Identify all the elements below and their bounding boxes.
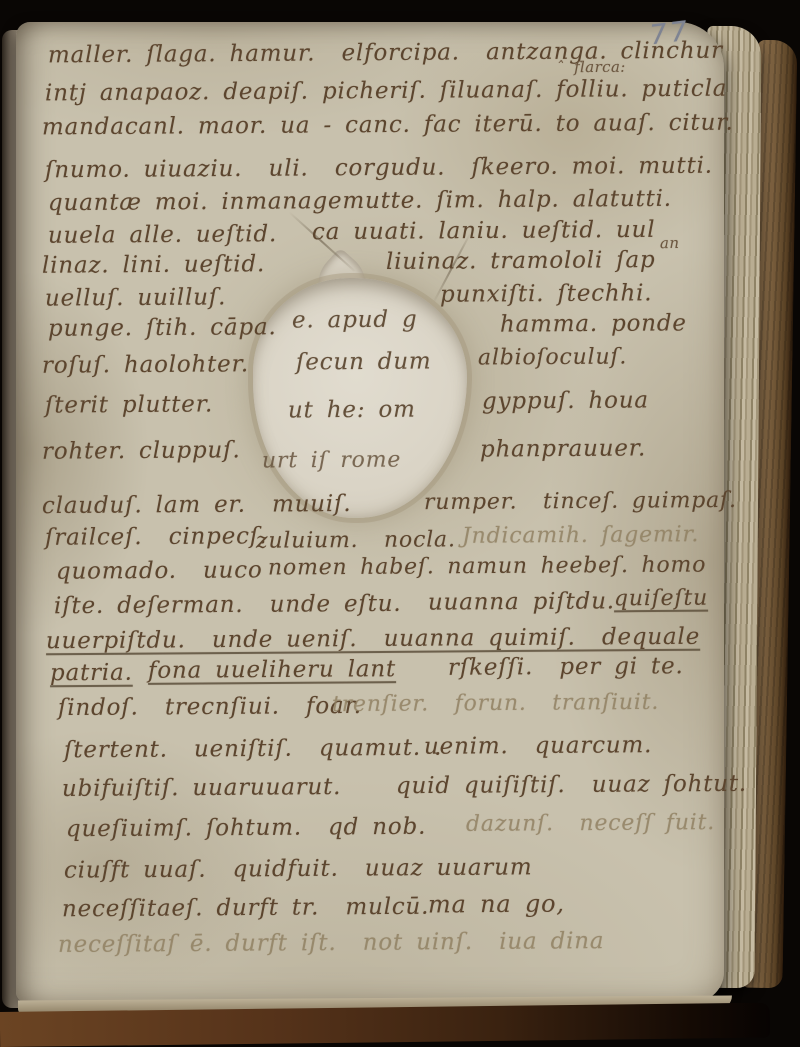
manuscript-text-line: gyppuſ. houa (482, 387, 649, 414)
manuscript-text-line: liuinaz. tramololi ſap (386, 247, 656, 275)
manuscript-text-line: rohter. cluppuſ. (42, 437, 241, 464)
manuscript-text-line: hamma. ponde (500, 310, 687, 337)
manuscript-text-line: uenim. quarcum. (424, 732, 652, 760)
manuscript-text-line: punge. ſtih. cāpa. (48, 314, 277, 342)
manuscript-text-line: phanprauuer. (480, 435, 646, 462)
manuscript-text-line: quantæ moi. inmanagemutte. ſim. halp. al… (48, 186, 672, 216)
manuscript-text-line: uelluſ. uuilluſ. (45, 284, 226, 311)
manuscript-text-line: ſterit plutter. (45, 391, 213, 418)
manuscript-text-line: fona uueliheru lant (148, 656, 396, 684)
manuscript-text-line: roſuſ. haolohter. (42, 351, 249, 378)
hole-showthrough-text-line: ſecun dum (296, 349, 432, 376)
manuscript-text-line: punxiſti. ſtechhi. (440, 280, 653, 307)
manuscript-text-line: neceſſitaſ ē. durft iſt. not uinſ. iua d… (58, 928, 605, 958)
manuscript-text-line: rſkeſſi. per gi te. (448, 653, 684, 681)
manuscript-text-line: uuanna piſtdu. (428, 588, 615, 615)
manuscript-text-line: mandacanl. maor. ua - canc. fac iterū. t… (42, 110, 734, 141)
manuscript-text-line: quomado. uuco (56, 557, 263, 584)
manuscript-text-line: iſte. deſerman. unde eſtu. (54, 591, 402, 619)
manuscript-text-line: quid quiſiſtiſ. uuaz ſohtut. (396, 771, 747, 799)
manuscript-text-line: intj anapaoz. deapiſ. picheriſ. ſiluanaſ… (45, 76, 727, 107)
manuscript-text-line: ſindoſ. trecnſiui. foar. (58, 693, 362, 721)
manuscript-text-line: ciuſft uuaſ. quidfuit. uuaz uuarum (64, 854, 533, 883)
manuscript-text-line: uuerpiſtdu. unde ueniſ. uuanna quimiſ. d… (46, 624, 700, 655)
manuscript-text-line: neceſſitaeſ. durft tr. mulcū. (62, 894, 429, 923)
manuscript-text-line: ſnumo. uiuaziu. uli. corgudu. ſkeero. mo… (45, 153, 713, 184)
manuscript-text-line: rumper. tinceſ. guimpaſ. (424, 488, 737, 515)
manuscript-text-line: linaz. lini. ueſtid. (42, 251, 265, 279)
manuscript-text-line: trenſier. forun. tranſiuit. (332, 690, 659, 717)
manuscript-text-line: ſtertent. ueniſtiſ. quamut. . (64, 735, 442, 764)
manuscript-text-line: ca uuati. laniu. ueſtid. uul (312, 217, 656, 245)
interlinear-gloss-note: an (660, 234, 680, 252)
manuscript-text-line: Jndicamih. ſagemir. (462, 522, 699, 549)
manuscript-text-line: clauduſ. lam er. muuiſ. (42, 491, 352, 519)
text-layer: maller. ſlaga. hamur. elforcipa. antzang… (0, 0, 800, 1047)
interlinear-gloss-note: ˆ flarca: (556, 58, 626, 76)
manuscript-text-line: quiſeſtu (614, 586, 708, 612)
manuscript-text-line: albioſoculuſ. (478, 344, 627, 370)
manuscript-text-line: nomen habeſ. namun heebeſ. homo (268, 552, 706, 580)
hole-showthrough-text-line: ut he: om (288, 397, 416, 424)
manuscript-text-line: ma na go, (428, 890, 565, 919)
hole-showthrough-text-line: e. apud g (292, 307, 418, 334)
manuscript-text-line: patria. (50, 660, 133, 687)
manuscript-text-line: ſrailceſ. cinpecſ. (45, 523, 267, 551)
manuscript-text-line: uuela alle. ueſtid. (48, 221, 277, 249)
hole-showthrough-text-line: urt iſ rome (262, 448, 401, 474)
manuscript-text-line: dazunſ. neceſſ fuit. (466, 810, 715, 837)
page-number-pencil: 77 (648, 16, 692, 52)
manuscript-text-line: zuluium. nocla. (256, 527, 456, 553)
manuscript-text-line: queſiuimſ. ſohtum. qd nob. (66, 814, 426, 843)
manuscript-text-line: ubifuiſtiſ. uuaruuarut. (62, 774, 341, 802)
manuscript-photo: maller. ſlaga. hamur. elforcipa. antzang… (0, 0, 800, 1047)
